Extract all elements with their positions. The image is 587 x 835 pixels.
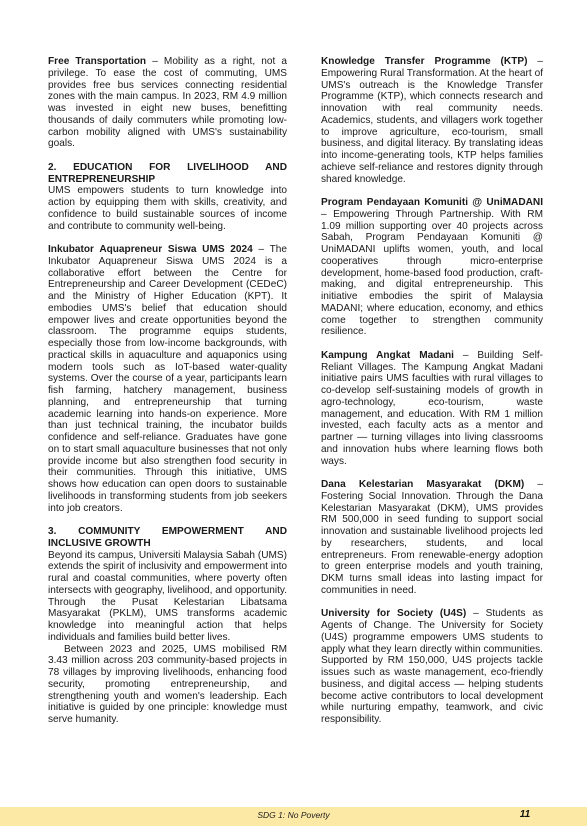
free-transportation-paragraph: Free Transportation – Mobility as a righ… (48, 56, 287, 150)
unimadani-title: Program Pendayaan Komuniti @ UniMADANI (321, 197, 543, 208)
kampung-angkat-paragraph: Kampung Angkat Madani – Building Self-Re… (321, 350, 543, 468)
section-2: 2. EDUCATION FOR LIVELIHOOD AND ENTREPRE… (48, 162, 287, 233)
free-transportation-body: – Mobility as a right, not a privilege. … (48, 56, 287, 149)
left-column: Free Transportation – Mobility as a righ… (48, 56, 287, 738)
free-transportation-title: Free Transportation (48, 56, 146, 67)
dkm-paragraph: Dana Kelestarian Masyarakat (DKM) – Fost… (321, 479, 543, 597)
section-2-body: UMS empowers students to turn knowledge … (48, 185, 287, 232)
section-3-heading-line1: 3. COMMUNITY EMPOWERMENT AND (48, 526, 287, 538)
footer-sdg-label: SDG 1: No Poverty (0, 810, 587, 820)
unimadani-body: – Empowering Through Partnership. With R… (321, 209, 543, 338)
section-3-body-1: Beyond its campus, Universiti Malaysia S… (48, 550, 287, 644)
right-column: Knowledge Transfer Programme (KTP) – Emp… (321, 56, 543, 738)
section-3-body-2: Between 2023 and 2025, UMS mobilised RM … (48, 644, 287, 726)
section-2-heading-line1: 2. EDUCATION FOR LIVELIHOOD AND (48, 162, 287, 174)
section-3: 3. COMMUNITY EMPOWERMENT AND INCLUSIVE G… (48, 526, 287, 726)
u4s-title: University for Society (U4S) (321, 608, 466, 619)
page-number: 11 (510, 809, 540, 820)
page-footer: SDG 1: No Poverty 11 (0, 807, 587, 826)
ktp-body: – Empowering Rural Transformation. At th… (321, 56, 543, 185)
section-2-heading-line2: ENTREPRENEURSHIP (48, 174, 287, 186)
u4s-paragraph: University for Society (U4S) – Students … (321, 608, 543, 726)
dkm-title: Dana Kelestarian Masyarakat (DKM) (321, 479, 524, 490)
section-3-heading-line2: INCLUSIVE GROWTH (48, 538, 287, 550)
ktp-paragraph: Knowledge Transfer Programme (KTP) – Emp… (321, 56, 543, 185)
inkubator-paragraph: Inkubator Aquapreneur Siswa UMS 2024 – T… (48, 244, 287, 514)
u4s-body: – Students as Agents of Change. The Univ… (321, 608, 543, 725)
inkubator-title: Inkubator Aquapreneur Siswa UMS 2024 (48, 244, 253, 255)
ktp-title: Knowledge Transfer Programme (KTP) (321, 56, 527, 67)
kampung-angkat-body: – Building Self-Reliant Villages. The Ka… (321, 350, 543, 467)
kampung-angkat-title: Kampung Angkat Madani (321, 350, 454, 361)
inkubator-body: – The Inkubator Aquapreneur Siswa UMS 20… (48, 244, 287, 514)
dkm-body: – Fostering Social Innovation. Through t… (321, 479, 543, 596)
unimadani-paragraph: Program Pendayaan Komuniti @ UniMADANI –… (321, 197, 543, 338)
